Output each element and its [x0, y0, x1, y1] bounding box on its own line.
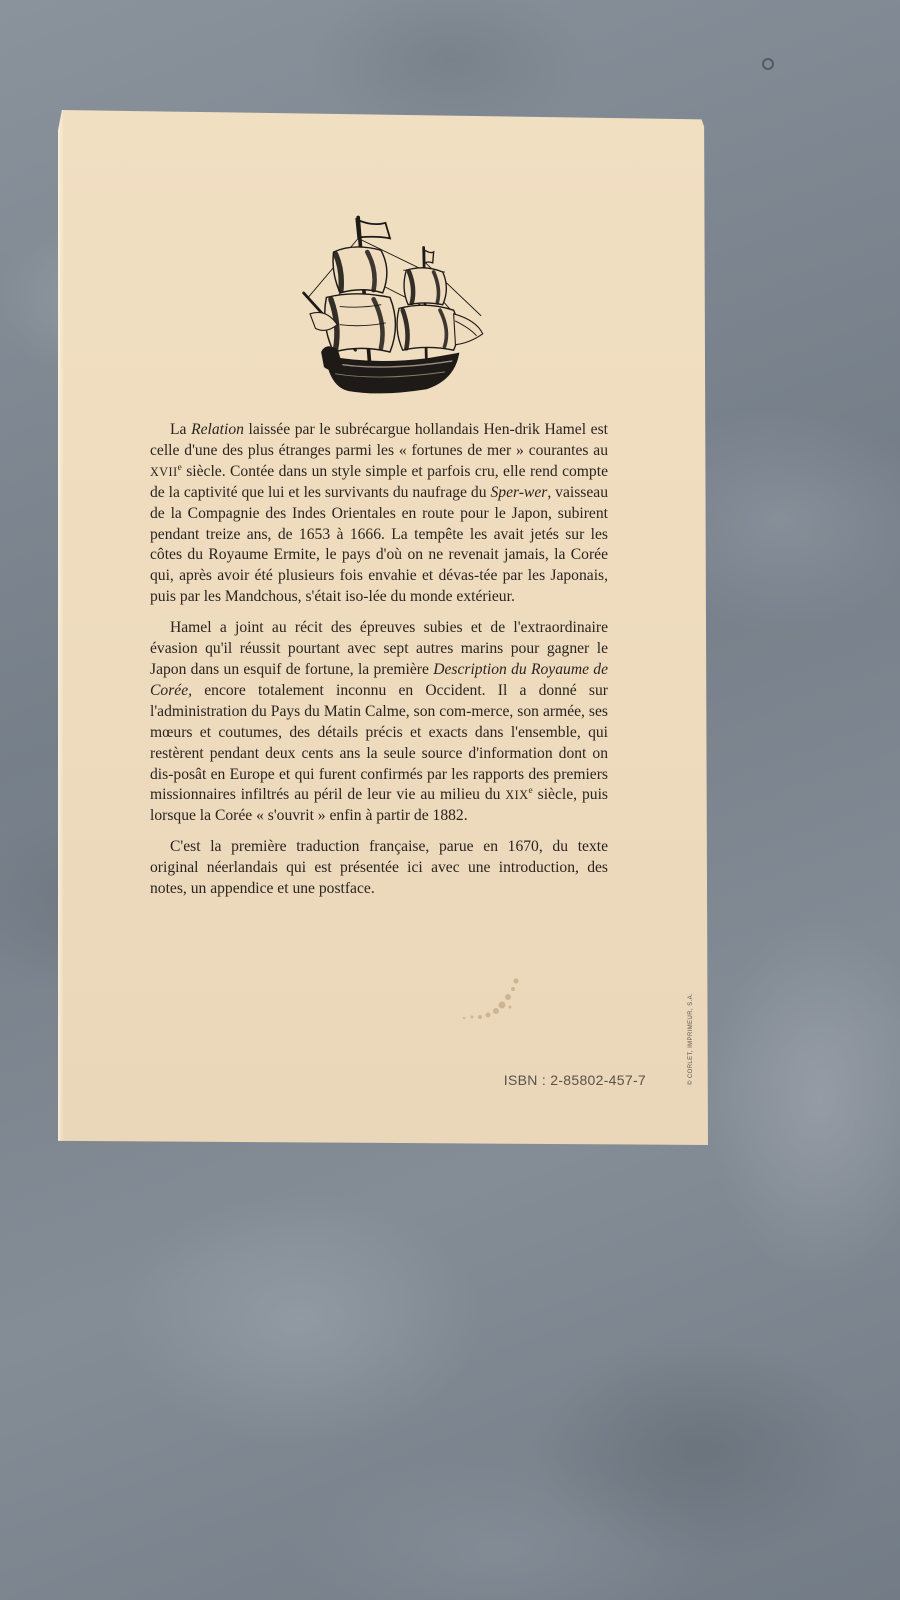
blurb-paragraph-2: Hamel a joint au récit des épreuves subi…: [150, 618, 608, 827]
text-segment: La: [170, 421, 191, 438]
isbn-number: ISBN : 2-85802-457-7: [504, 1072, 646, 1088]
century-numeral: XVII: [150, 465, 178, 479]
title-relation: Relation: [191, 421, 244, 438]
printer-credit: © CORLET, IMPRIMEUR, S.A.: [688, 993, 694, 1085]
sailing-ship-illustration: [290, 202, 490, 402]
background-speck: [762, 58, 774, 70]
century-numeral: XIX: [505, 788, 528, 802]
paper-stain: [458, 975, 528, 1030]
text-segment: C'est la première traduction française, …: [150, 838, 608, 897]
blurb-paragraph-3: C'est la première traduction française, …: [150, 837, 608, 900]
blurb-paragraph-1: La Relation laissée par le subrécargue h…: [150, 420, 608, 608]
back-cover-blurb: La Relation laissée par le subrécargue h…: [150, 420, 608, 910]
book-back-cover: La Relation laissée par le subrécargue h…: [58, 110, 708, 1145]
text-segment: , vaisseau de la Compagnie des Indes Ori…: [150, 484, 608, 606]
ship-name-sperwer: Sper-wer: [490, 484, 547, 501]
